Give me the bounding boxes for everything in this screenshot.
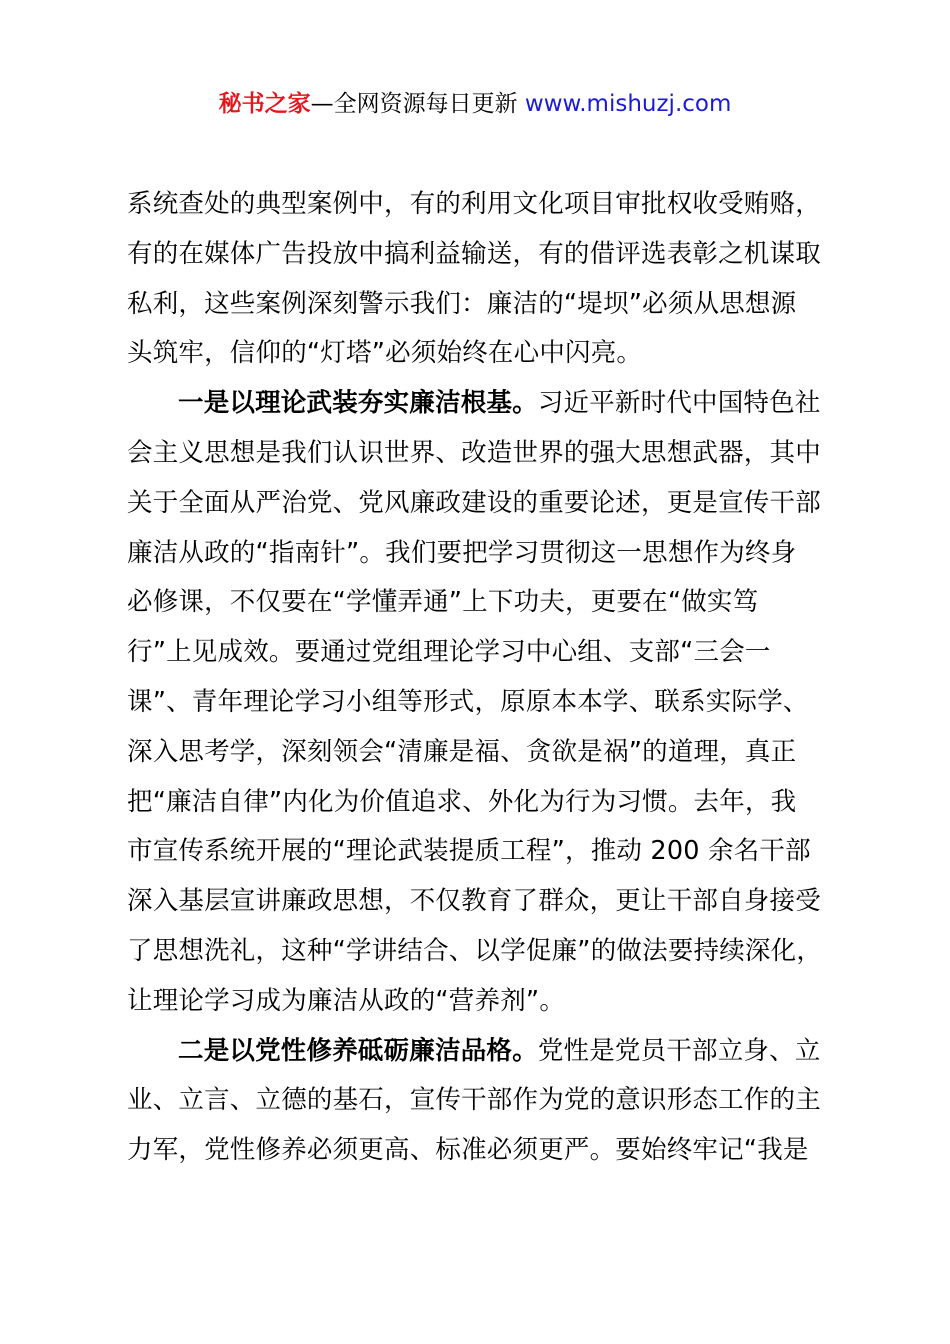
text-line: 让理论学习成为廉洁从政的“营养剂”。 — [127, 977, 847, 1027]
text-line: 力军，党性修养必须更高、标准必须更严。要始终牢记“我是 — [127, 1126, 847, 1176]
document-body: 系统查处的典型案例中，有的利用文化项目审批权收受贿赂， 有的在媒体广告投放中搞利… — [127, 180, 847, 1176]
text-line: 业、立言、立德的基石，宣传干部作为党的意识形态工作的主 — [127, 1076, 847, 1126]
line-text: 党性是党员干部立身、立 — [538, 1036, 821, 1066]
line-text: 深入基层宣讲廉政思想，不仅教育了群众，更让干部自身接受 — [127, 886, 821, 916]
page-header: 秘书之家—全网资源每日更新 www.mishuzj.com — [0, 86, 950, 122]
line-text: 课”、青年理论学习小组等形式，原原本本学、联系实际学、 — [127, 687, 809, 717]
line-text: 必修课，不仅要在“学懂弄通”上下功夫，更要在“做实笃 — [127, 587, 758, 617]
paragraph-1-heading-line: 一是以理论武装夯实廉洁根基。习近平新时代中国特色社 — [127, 379, 847, 429]
paragraph-1-heading: 一是以理论武装夯实廉洁根基。 — [178, 388, 538, 418]
text-line: 市宣传系统开展的“理论武装提质工程”，推动 200 余名干部 — [127, 827, 847, 877]
header-slogan: —全网资源每日更新 — [311, 91, 525, 117]
line-text: 深入思考学，深刻领会“清廉是福、贪欲是祸”的道理，真正 — [127, 737, 796, 767]
text-line: 会主义思想是我们认识世界、改造世界的强大思想武器，其中 — [127, 429, 847, 479]
line-text: 私利，这些案例深刻警示我们：廉洁的“堤坝”必须从思想源 — [127, 289, 796, 319]
line-text: 业、立言、立德的基石，宣传干部作为党的意识形态工作的主 — [127, 1085, 821, 1115]
line-text: 把“廉洁自律”内化为价值追求、外化为行为习惯。去年，我 — [127, 787, 796, 817]
line-text: 习近平新时代中国特色社 — [538, 388, 821, 418]
line-text: 系统查处的典型案例中，有的利用文化项目审批权收受贿赂， — [127, 189, 821, 219]
text-line: 深入思考学，深刻领会“清廉是福、贪欲是祸”的道理，真正 — [127, 728, 847, 778]
website-url[interactable]: www.mishuzj.com — [525, 91, 731, 117]
line-text: 了思想洗礼，这种“学讲结合、以学促廉”的做法要持续深化， — [127, 936, 822, 966]
text-line: 头筑牢，信仰的“灯塔”必须始终在心中闪亮。 — [127, 329, 847, 379]
line-text: 行”上见成效。要通过党组理论学习中心组、支部“三会一 — [127, 637, 771, 667]
line-text: 让理论学习成为廉洁从政的“营养剂”。 — [127, 986, 565, 1016]
text-line: 关于全面从严治党、党风廉政建设的重要论述，更是宣传干部 — [127, 479, 847, 529]
line-text: 有的在媒体广告投放中搞利益输送，有的借评选表彰之机谋取 — [127, 239, 821, 269]
line-text: 廉洁从政的“指南针”。我们要把学习贯彻这一思想作为终身 — [127, 538, 796, 568]
text-line: 行”上见成效。要通过党组理论学习中心组、支部“三会一 — [127, 628, 847, 678]
brand-name: 秘书之家 — [219, 91, 311, 117]
line-text: 力军，党性修养必须更高、标准必须更严。要始终牢记“我是 — [127, 1135, 809, 1165]
text-line: 有的在媒体广告投放中搞利益输送，有的借评选表彰之机谋取 — [127, 230, 847, 280]
text-line: 必修课，不仅要在“学懂弄通”上下功夫，更要在“做实笃 — [127, 578, 847, 628]
text-line: 私利，这些案例深刻警示我们：廉洁的“堤坝”必须从思想源 — [127, 280, 847, 330]
text-line: 把“廉洁自律”内化为价值追求、外化为行为习惯。去年，我 — [127, 778, 847, 828]
line-text: 会主义思想是我们认识世界、改造世界的强大思想武器，其中 — [127, 438, 821, 468]
line-text: 关于全面从严治党、党风廉政建设的重要论述，更是宣传干部 — [127, 488, 821, 518]
paragraph-2-heading: 二是以党性修养砥砺廉洁品格。 — [178, 1036, 538, 1066]
line-text: 头筑牢，信仰的“灯塔”必须始终在心中闪亮。 — [127, 338, 642, 368]
line-text: 市宣传系统开展的“理论武装提质工程”，推动 200 余名干部 — [127, 836, 811, 866]
text-line: 系统查处的典型案例中，有的利用文化项目审批权收受贿赂， — [127, 180, 847, 230]
text-line: 了思想洗礼，这种“学讲结合、以学促廉”的做法要持续深化， — [127, 927, 847, 977]
text-line: 廉洁从政的“指南针”。我们要把学习贯彻这一思想作为终身 — [127, 529, 847, 579]
text-line: 课”、青年理论学习小组等形式，原原本本学、联系实际学、 — [127, 678, 847, 728]
text-line: 深入基层宣讲廉政思想，不仅教育了群众，更让干部自身接受 — [127, 877, 847, 927]
paragraph-2-heading-line: 二是以党性修养砥砺廉洁品格。党性是党员干部立身、立 — [127, 1027, 847, 1077]
